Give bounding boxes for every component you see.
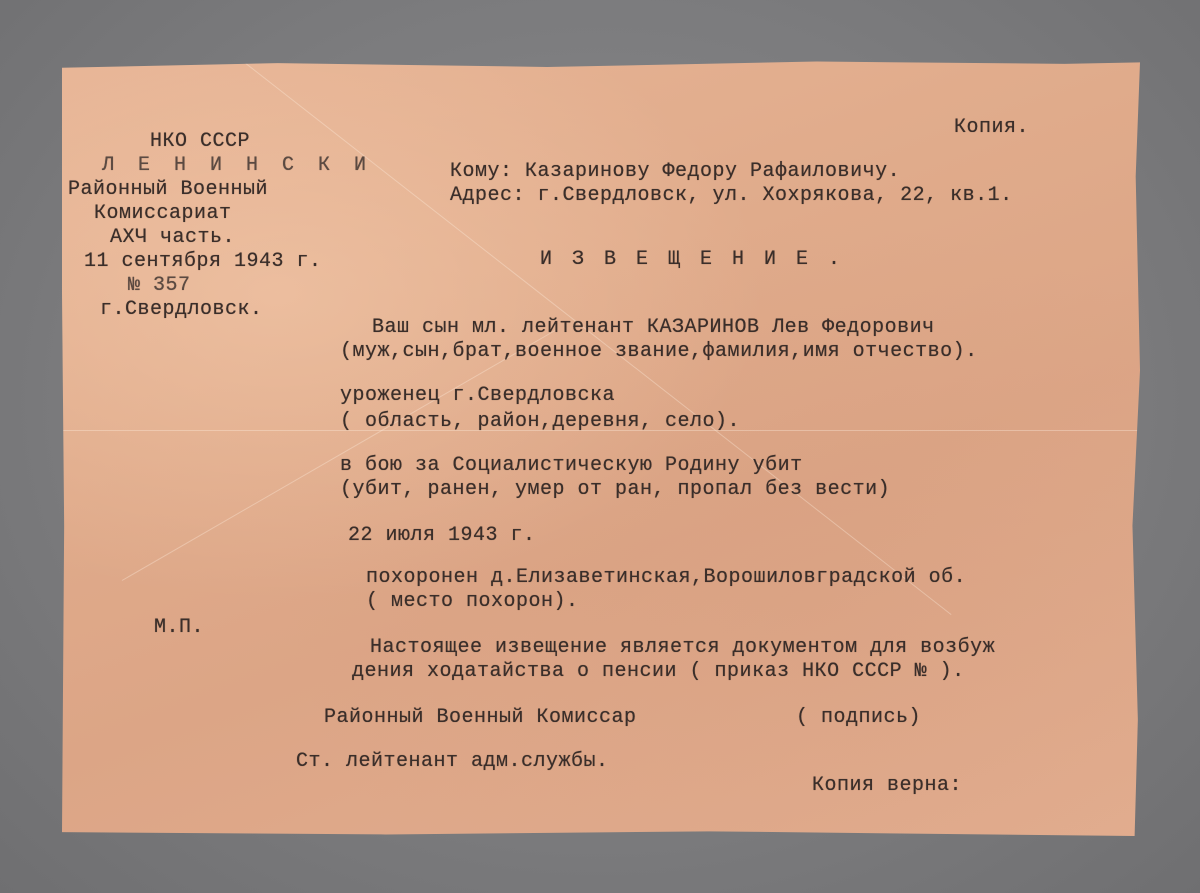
pension-line2: дения ходатайства о пенсии ( приказ НКО … <box>352 660 965 683</box>
copy-true: Копия верна: <box>812 774 962 797</box>
son-hint: (муж,сын,брат,военное звание,фамилия,имя… <box>340 340 978 363</box>
document-title: И З В Е Щ Е Н И Е . <box>540 248 844 271</box>
death-date: 22 июля 1943 г. <box>348 524 536 547</box>
header-number: № 357 <box>128 274 191 297</box>
buried-hint: ( место похорон). <box>366 590 579 613</box>
header-line1: Районный Военный <box>68 178 268 201</box>
recipient: Кому: Казаринову Федору Рафаиловичу. <box>450 160 900 183</box>
son-line: Ваш сын мл. лейтенант КАЗАРИНОВ Лев Федо… <box>372 316 935 339</box>
rank-line: Ст. лейтенант адм.службы. <box>296 750 609 773</box>
header-date: 11 сентября 1943 г. <box>84 250 322 273</box>
address: Адрес: г.Свердловск, ул. Хохрякова, 22, … <box>450 184 1013 207</box>
native-hint: ( область, район,деревня, село). <box>340 410 740 433</box>
header-line3: АХЧ часть. <box>110 226 235 249</box>
header-org: НКО СССР <box>150 130 250 153</box>
pension-line1: Настоящее извещение является документом … <box>370 636 995 659</box>
header-line2: Комиссариат <box>94 202 232 225</box>
commissar-title: Районный Военный Комиссар <box>324 706 637 729</box>
buried-line: похоронен д.Елизаветинская,Ворошиловград… <box>366 566 966 589</box>
notice-paper: НКО СССР Л Е Н И Н С К И Районный Военны… <box>62 60 1140 836</box>
stamp-place: М.П. <box>154 616 204 639</box>
killed-hint: (убит, ранен, умер от ран, пропал без ве… <box>340 478 890 501</box>
header-city: г.Свердловск. <box>100 298 263 321</box>
native-line: уроженец г.Свердловска <box>340 384 615 407</box>
header-district: Л Е Н И Н С К И <box>102 154 372 177</box>
signature-hint: ( подпись) <box>796 706 921 729</box>
copy-label: Копия. <box>954 116 1029 139</box>
killed-line: в бою за Социалистическую Родину убит <box>340 454 803 477</box>
